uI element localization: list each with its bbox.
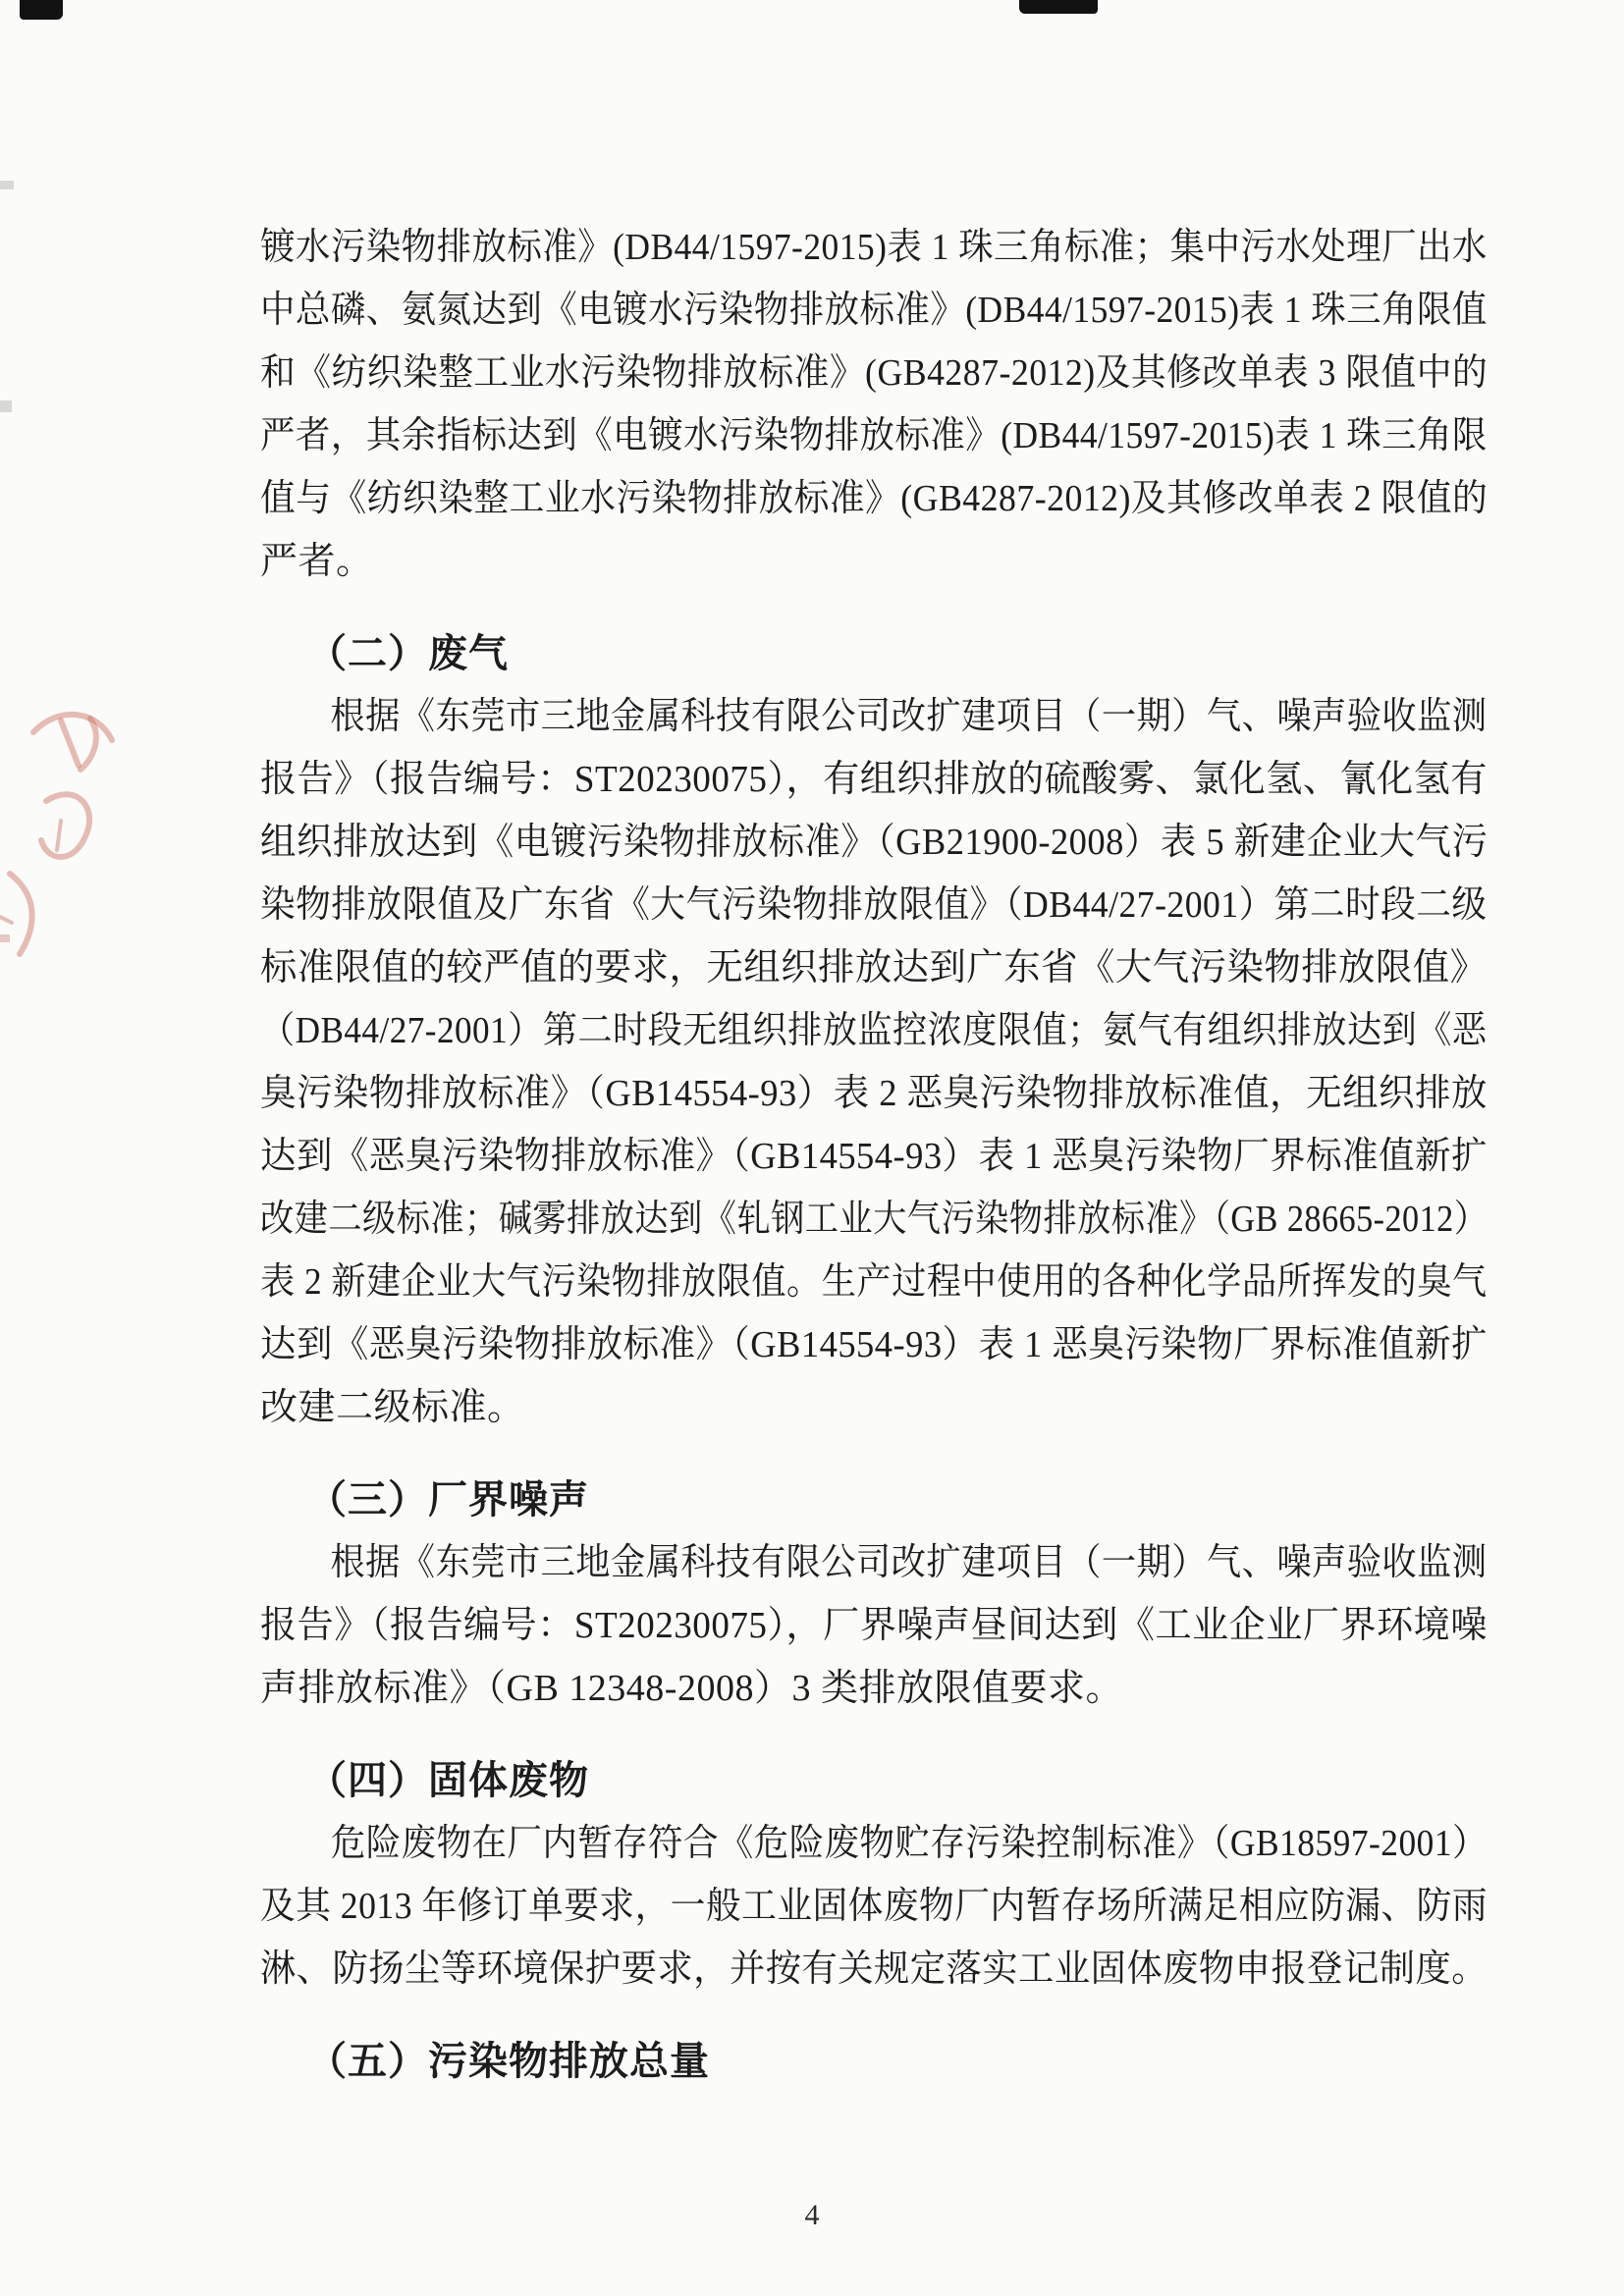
scan-artifact-left-edge bbox=[0, 400, 12, 412]
document-page: 镀水污染物排放标准》(DB44/1597-2015)表 1 珠三角标准；集中污水… bbox=[0, 0, 1624, 2296]
paragraph-wastewater-continuation: 镀水污染物排放标准》(DB44/1597-2015)表 1 珠三角标准；集中污水… bbox=[260, 216, 1488, 593]
document-line: 中总磷、氨氮达到《电镀水污染物排放标准》(DB44/1597-2015)表 1 … bbox=[260, 279, 1405, 342]
document-line: 淋、防扬尘等环境保护要求，并按有关规定落实工业固体废物申报登记制度。 bbox=[260, 1938, 1433, 2001]
document-line: 和《纺织染整工业水污染物排放标准》(GB4287-2012)及其修改单表 3 限… bbox=[260, 342, 1416, 404]
document-line: 报告》（报告编号：ST20230075），厂界噪声昼间达到《工业企业厂界环境噪 bbox=[260, 1594, 1459, 1657]
document-line: 组织排放达到《电镀污染物排放标准》（GB21900-2008）表 5 新建企业大… bbox=[260, 811, 1438, 874]
document-line: 达到《恶臭污染物排放标准》（GB14554-93）表 1 恶臭污染物厂界标准值新… bbox=[260, 1125, 1438, 1188]
section-heading-waste-gas: （二）废气 bbox=[260, 622, 1488, 685]
paragraph-solid-waste: 危险废物在厂内暂存符合《危险废物贮存污染控制标准》（GB18597-2001）及… bbox=[260, 1812, 1488, 2001]
red-seal-stamp-fragment bbox=[0, 675, 198, 970]
scan-artifact-left-edge bbox=[0, 181, 14, 189]
document-line: 严者。 bbox=[260, 530, 1488, 593]
document-content: 镀水污染物排放标准》(DB44/1597-2015)表 1 珠三角标准；集中污水… bbox=[260, 216, 1488, 2093]
document-line: 染物排放限值及广东省《大气污染物排放限值》（DB44/27-2001）第二时段二… bbox=[260, 874, 1412, 936]
document-line: 报告》（报告编号：ST20230075），有组织排放的硫酸雾、氯化氢、氰化氢有 bbox=[260, 748, 1459, 811]
document-line: 危险废物在厂内暂存符合《危险废物贮存污染控制标准》（GB18597-2001） bbox=[260, 1812, 1405, 1875]
paragraph-waste-gas: 根据《东莞市三地金属科技有限公司改扩建项目（一期）气、噪声验收监测报告》（报告编… bbox=[260, 685, 1488, 1439]
document-line: 表 2 新建企业大气污染物排放限值。生产过程中使用的各种化学品所挥发的臭气 bbox=[260, 1251, 1397, 1313]
document-line: 根据《东莞市三地金属科技有限公司改扩建项目（一期）气、噪声验收监测 bbox=[260, 1531, 1398, 1594]
document-line: 改建二级标准；碱雾排放达到《轧钢工业大气污染物排放标准》（GB 28665-20… bbox=[260, 1188, 1366, 1251]
section-heading-total-pollutant-discharge: （五）污染物排放总量 bbox=[260, 2030, 1488, 2093]
document-line: 镀水污染物排放标准》(DB44/1597-2015)表 1 珠三角标准；集中污水… bbox=[260, 216, 1405, 279]
document-line: 值与《纺织染整工业水污染物排放标准》(GB4287-2012)及其修改单表 2 … bbox=[260, 467, 1416, 530]
document-line: 严者，其余指标达到《电镀水污染物排放标准》(DB44/1597-2015)表 1… bbox=[260, 404, 1405, 467]
section-heading-boundary-noise: （三）厂界噪声 bbox=[260, 1468, 1488, 1531]
document-line: 达到《恶臭污染物排放标准》（GB14554-93）表 1 恶臭污染物厂界标准值新… bbox=[260, 1313, 1438, 1376]
page-number: 4 bbox=[0, 2199, 1624, 2238]
document-line: 标准限值的较严值的要求，无组织排放达到广东省《大气污染物排放限值》 bbox=[260, 936, 1467, 999]
document-line: （DB44/27-2001）第二时段无组织排放监控浓度限值；氨气有组织排放达到《… bbox=[260, 999, 1396, 1062]
document-line: 臭污染物排放标准》（GB14554-93）表 2 恶臭污染物排放标准值，无组织排… bbox=[260, 1062, 1438, 1125]
paragraph-boundary-noise: 根据《东莞市三地金属科技有限公司改扩建项目（一期）气、噪声验收监测报告》（报告编… bbox=[260, 1531, 1488, 1720]
document-line: 改建二级标准。 bbox=[260, 1376, 1488, 1439]
document-line: 声排放标准》（GB 12348-2008）3 类排放限值要求。 bbox=[260, 1657, 1488, 1720]
scan-artifact-top-left bbox=[20, 0, 63, 20]
section-heading-solid-waste: （四）固体废物 bbox=[260, 1749, 1488, 1812]
scan-artifact-top-right bbox=[1019, 0, 1098, 14]
document-line: 根据《东莞市三地金属科技有限公司改扩建项目（一期）气、噪声验收监测 bbox=[260, 685, 1398, 748]
document-line: 及其 2013 年修订单要求，一般工业固体废物厂内暂存场所满足相应防漏、防雨 bbox=[260, 1875, 1414, 1938]
